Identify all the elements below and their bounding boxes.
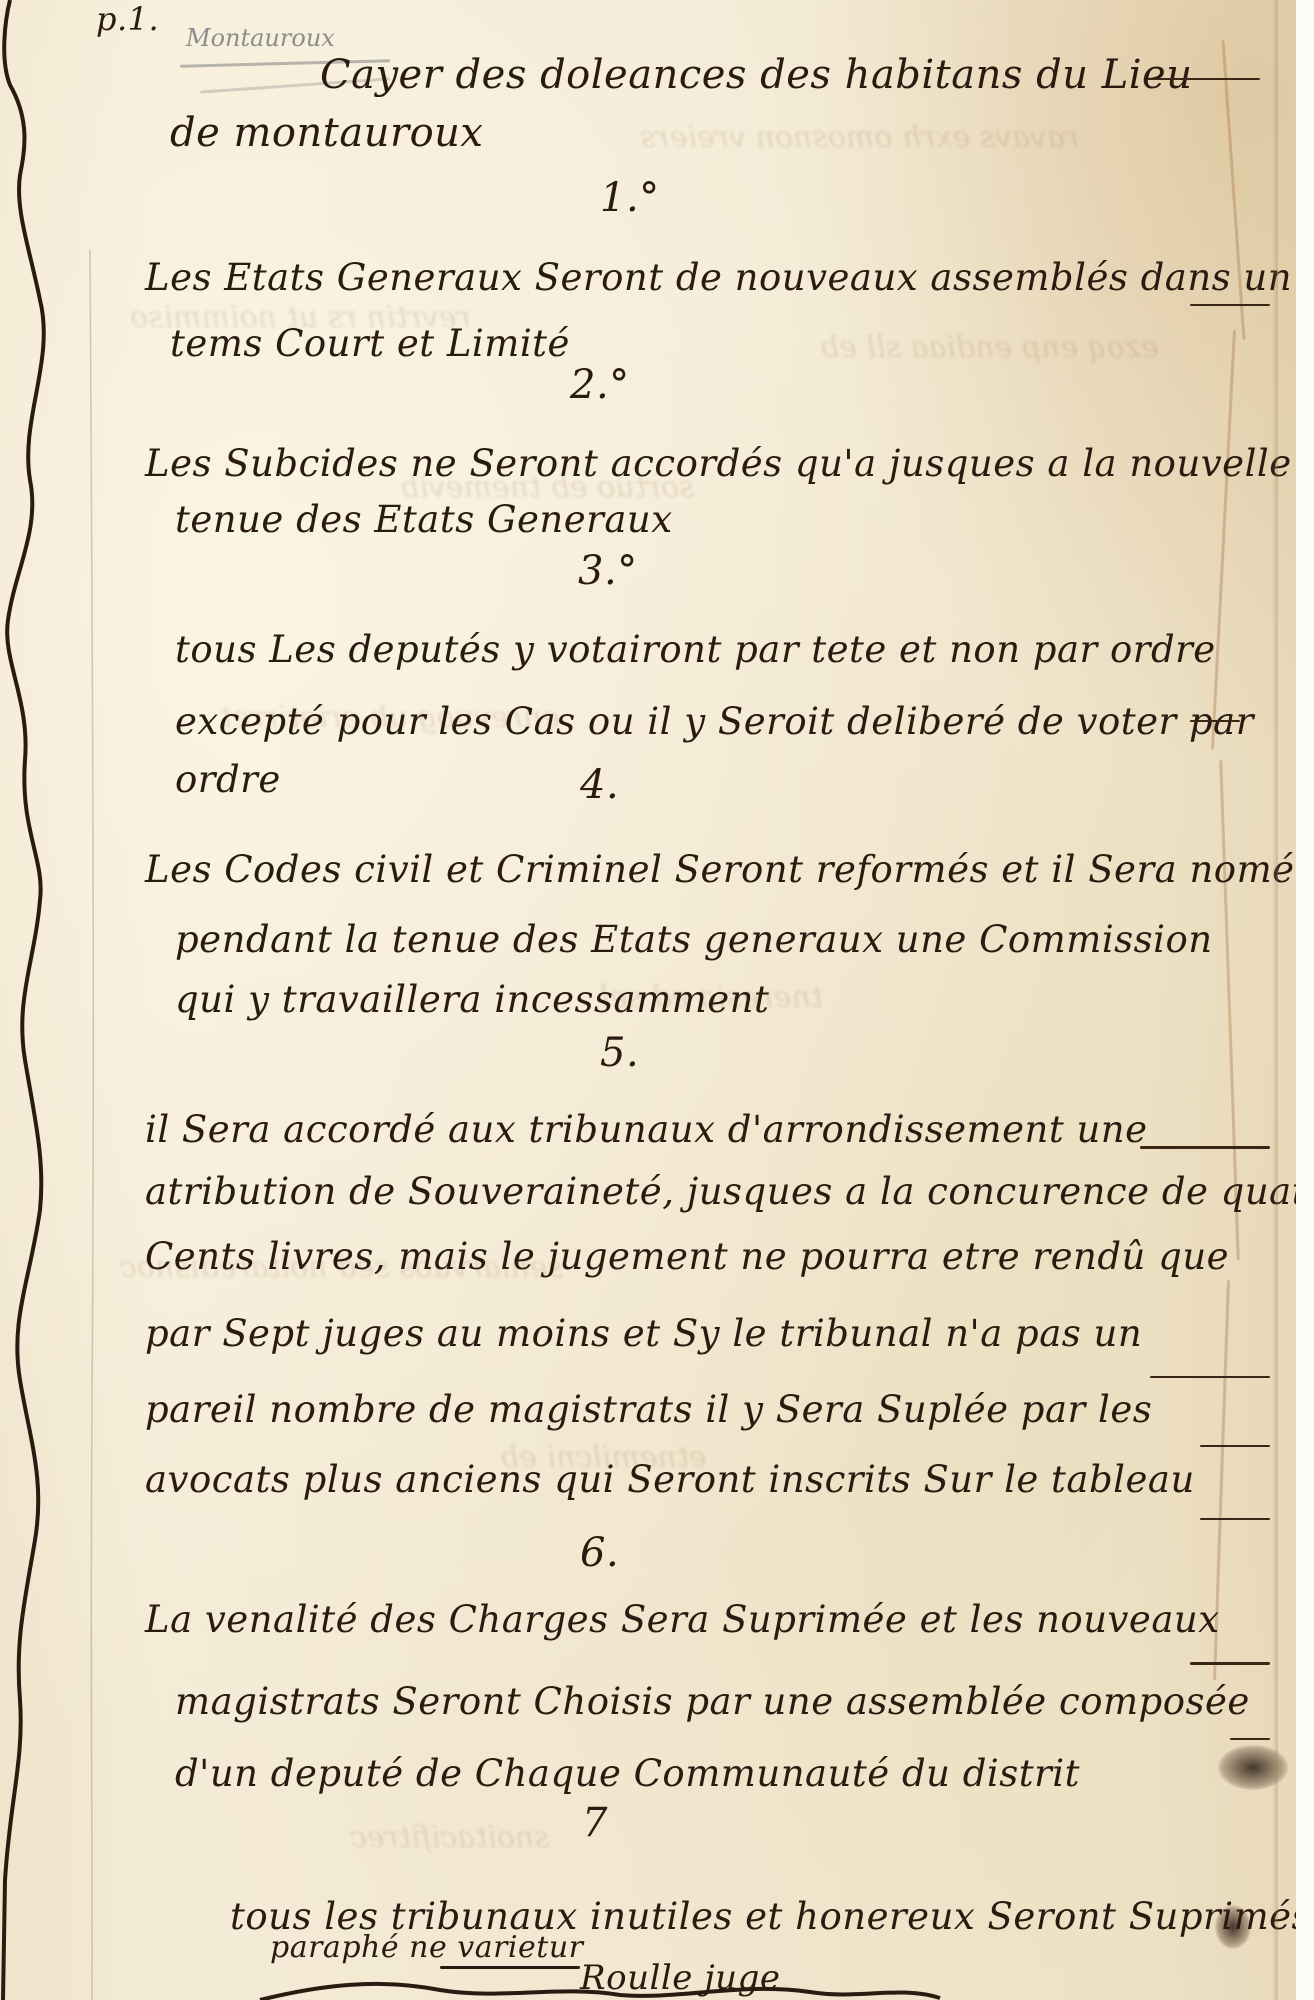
scan-margin — [1296, 0, 1314, 2000]
signature-flourish — [0, 0, 1296, 2000]
manuscript-page: ravavs exrh omosnon vreiers revrtin rs u… — [0, 0, 1296, 2000]
page-edge-shadow — [1272, 0, 1278, 2000]
